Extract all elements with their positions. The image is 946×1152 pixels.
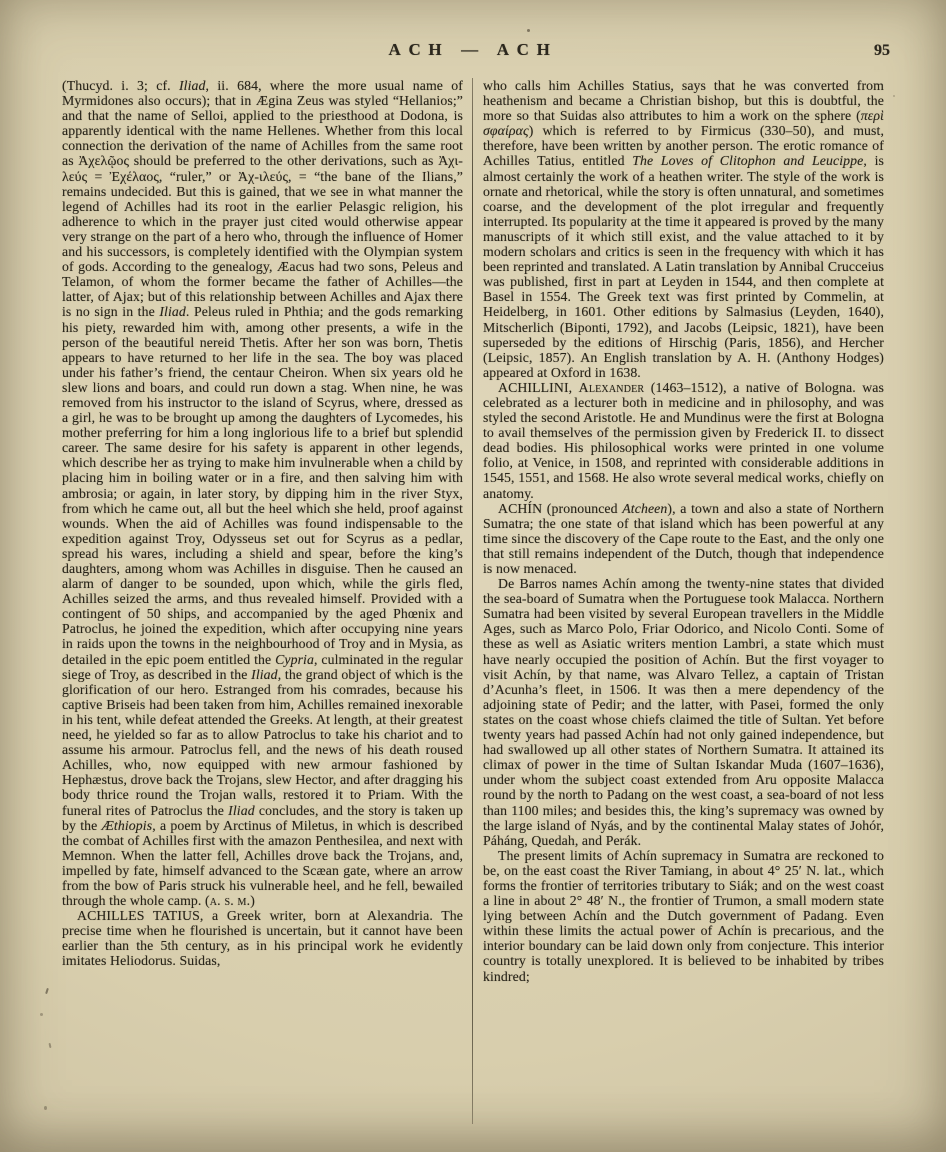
encyclopedia-page: ACH — ACH 95 (Thucyd. i. 3; cf. Iliad, i… [0,0,946,1152]
column-gap-left [463,78,472,1124]
italic-text: Iliad [251,667,278,682]
italic-text: Atcheen [622,501,667,516]
body-text: , ii. 684, where the more usual name of … [62,78,463,319]
ink-speck [44,1106,47,1110]
italic-text: Iliad [159,304,186,319]
paragraph: ACHÍN (pronounced Atcheen), a town and a… [483,501,884,576]
small-caps-text: a. s. m. [210,893,251,908]
body-text: The present limits of Achín supremacy in… [483,848,884,984]
page-title: ACH — ACH [0,40,946,60]
body-text: ACHILLINI, [498,380,579,395]
column-right: who calls him Achilles Statius, says tha… [483,78,884,1124]
column-gap-right [473,78,483,1124]
paragraph: (Thucyd. i. 3; cf. Iliad, ii. 684, where… [62,78,463,908]
ink-speck [49,1043,52,1048]
italic-text: Iliad [228,803,255,818]
body-text: (1463–1512), a native of Bologna. was ce… [483,380,884,501]
ink-speck [527,29,530,32]
running-head: ACH — ACH 95 [0,40,946,70]
ink-speck [893,95,895,97]
body-text: De Barros names Achín among the twenty-n… [483,576,884,848]
small-caps-text: Alexander [579,380,645,395]
paragraph: ACHILLES TATIUS, a Greek writer, born at… [62,908,463,968]
paragraph: who calls him Achilles Statius, says tha… [483,78,884,380]
italic-text: Æthiopis [102,818,153,833]
column-left: (Thucyd. i. 3; cf. Iliad, ii. 684, where… [62,78,463,1124]
italic-text: Iliad [179,78,206,93]
text-content: (Thucyd. i. 3; cf. Iliad, ii. 684, where… [62,78,886,1124]
body-text: ACHÍN (pronounced [498,501,622,516]
page-number: 95 [874,42,890,60]
body-text: , is almost certainly the work of a heat… [483,153,884,379]
body-text: (Thucyd. i. 3; cf. [62,78,179,93]
italic-text: Cypria [275,652,314,667]
body-text: . Peleus ruled in Phthia; and the gods r… [62,304,463,666]
paragraph: The present limits of Achín supremacy in… [483,848,884,984]
paragraph: De Barros names Achín among the twenty-n… [483,576,884,848]
body-text: , the grand object of which is the glori… [62,667,463,818]
body-text: who calls him Achilles Statius, says tha… [483,78,884,123]
ink-speck [45,988,49,994]
body-text: ACHILLES TATIUS, a Greek writer, born at… [62,908,463,968]
paragraph: ACHILLINI, Alexander (1463–1512), a nati… [483,380,884,501]
body-text: ) [250,893,255,908]
ink-speck [40,1013,43,1016]
italic-text: The Loves of Clitophon and Leucippe [632,153,863,168]
